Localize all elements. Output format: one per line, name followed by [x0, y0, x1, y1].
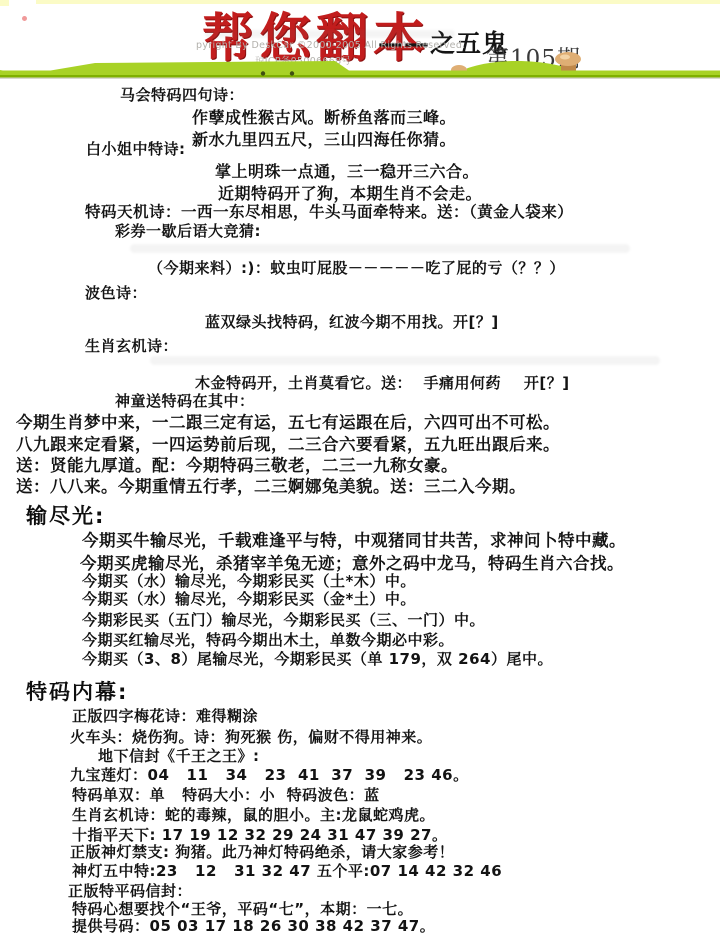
shentong-line-4: 送：八八来。今期重情五行孝，二三婀娜兔美貌。送：三二入今期。 [16, 477, 526, 498]
tip-sheet-page: 帮您翻本 ——之五鬼 第105期 pyright By DeskCar ©200… [0, 0, 720, 935]
grass-band [0, 71, 720, 76]
neimu-line-9: 神灯五中特:23 12 31 32 47 五个平:07 14 42 32 46 [72, 862, 502, 881]
shujinguang-line-7: 今期买（3、8）尾输尽光，今期彩民买（单 179，双 264）尾中。 [82, 650, 553, 669]
shujinguang-line-5: 今期彩民买（五门）输尽光，今期彩民买（三、一门）中。 [82, 611, 485, 630]
neimu-line-10: 正版特平码信封： [68, 882, 192, 901]
neimu-line-3: 地下信封《千王之王》: [98, 747, 260, 766]
grass-dot [290, 71, 294, 75]
mahui-poem-heading: 马会特码四句诗： [120, 86, 244, 105]
neimu-line-6: 生肖玄机诗：蛇的毒辣，鼠的胆小。主:龙鼠蛇鸡虎。 [72, 806, 435, 825]
baixiaojie-poem-heading: 白小姐中特诗: [86, 140, 186, 159]
corner-yellow-strip [0, 0, 9, 6]
shujinguang-line-1: 今期买牛输尽光，千载难逢平与特，中观猪同甘共苦，求神问卜特中藏。 [82, 531, 626, 552]
scan-smudge [150, 356, 660, 365]
neimu-line-4: 九宝莲灯：04 11 34 23 41 37 39 23 46。 [70, 766, 469, 785]
shengxiao-poem-line: 木金特码开，土肖莫看它。送： 手痛用何药 开[？] [195, 374, 570, 393]
caiquan-line: （今期来料）:)：蚊虫叮屁股－－－－－吃了屁的亏（？？） [148, 259, 565, 278]
neimu-line-1: 正版四字梅花诗：难得糊涂 [72, 707, 258, 726]
tianji-poem-line: 特码天机诗：一西一东尽相思，牛头马面牵特来。送：（黄金人袋来） [85, 203, 573, 222]
shujinguang-line-6: 今期买红输尽光，特码今期出木土，单数今期必中彩。 [82, 631, 454, 650]
caiquan-heading: 彩券一歇后语大竞猜: [115, 222, 261, 241]
neimu-line-8: 正版神灯禁支: 狗猪。此乃神灯特码绝杀，请大家参考！ [70, 843, 454, 862]
grass-band-dark-edge [0, 75, 720, 78]
baixiaojie-poem-line-2: 近期特码开了狗，本期生肖不会走。 [218, 184, 482, 204]
section-heading-shujinguang: 输尽光: [26, 500, 105, 530]
shentong-heading: 神童送特码在其中： [115, 392, 255, 411]
grass-banner [0, 50, 720, 82]
grass-dot [261, 71, 265, 75]
shengxiao-poem-heading: 生肖玄机诗： [85, 337, 178, 356]
bose-poem-line: 蓝双绿头找特码，红波今期不用找。开[？] [205, 313, 499, 332]
mahui-poem-line-1: 作孽成性猴古风。断桥鱼落而三峰。 [192, 108, 456, 128]
neimu-line-12: 提供号码：05 03 17 18 26 30 38 42 37 47。 [72, 917, 435, 935]
shentong-line-1: 今期生肖梦中来，一二跟三定有运，五七有运跟在后，六四可出不可松。 [16, 413, 560, 434]
neimu-line-5: 特码单双：单 特码大小：小 特码波色：蓝 [72, 786, 380, 805]
section-heading-neimu: 特码内幕: [26, 676, 128, 706]
pink-dot [22, 16, 27, 21]
shentong-line-3: 送：贤能九厚道。配：今期特码三敬老，二三一九称女豪。 [16, 456, 458, 477]
faint-watermark-row [205, 30, 455, 38]
baixiaojie-poem-line-1: 掌上明珠一点通，三一稳开三六合。 [215, 162, 479, 182]
shentong-line-2: 八九跟来定看紧，一四运势前后现，二三合六要看紧，五九旺出跟后来。 [16, 435, 560, 456]
neimu-line-11: 特码心想要找个“王爷，平码“七”，本期：一七。 [72, 900, 413, 919]
grass-band-shadow [0, 78, 720, 80]
scan-smudge [130, 244, 630, 253]
neimu-line-2: 火车头：烧伤狗。诗：狗死猴 伤，偏财不得用神来。 [70, 728, 432, 747]
mahui-poem-line-2: 新水九里四五尺，三山四海任你猜。 [192, 130, 456, 150]
shujinguang-line-4: 今期买（水）输尽光，今期彩民买（金*土）中。 [82, 590, 416, 609]
shujinguang-line-3: 今期买（水）输尽光，今期彩民买（土*木）中。 [82, 572, 416, 591]
neimu-line-7: 十指平天下: 17 19 12 32 29 24 31 47 39 27。 [72, 826, 447, 845]
bose-poem-heading: 波色诗： [85, 284, 147, 303]
